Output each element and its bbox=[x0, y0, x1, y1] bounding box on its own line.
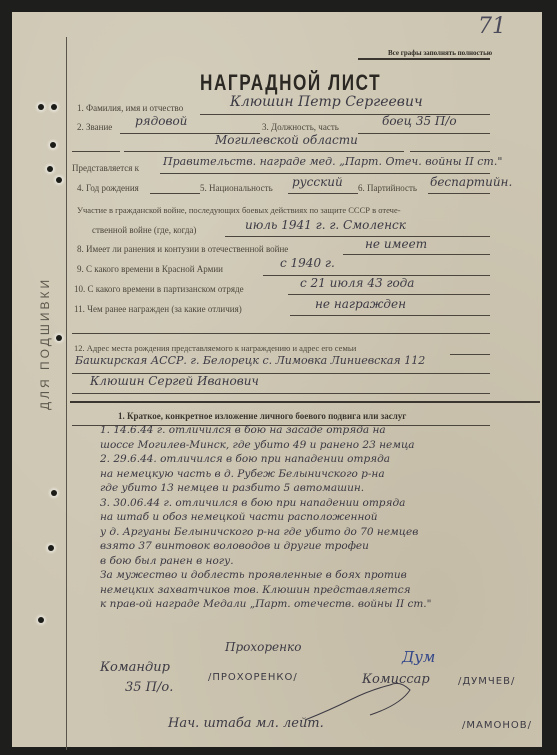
commissar-name: /ДУМЧЕВ/ bbox=[458, 676, 515, 687]
punch-hole bbox=[38, 104, 44, 110]
field-8-label: 8. Имеет ли ранения и контузии в отечест… bbox=[77, 244, 288, 254]
punch-hole bbox=[56, 335, 62, 341]
commander-unit: 35 П/о. bbox=[125, 680, 173, 695]
merit-line: в бою был ранен в ногу. bbox=[100, 554, 540, 569]
field-10-line bbox=[288, 294, 490, 295]
field-3-value: боец 35 П/о bbox=[382, 114, 457, 128]
merit-line: шоссе Могилев-Минск, где убито 49 и ране… bbox=[100, 438, 540, 453]
field-6-line bbox=[428, 193, 490, 194]
field-3-line bbox=[358, 133, 490, 134]
field-5-label: 5. Национальность bbox=[200, 183, 273, 193]
section-heading: 1. Краткое, конкретное изложение личного… bbox=[118, 411, 406, 421]
punch-hole bbox=[48, 545, 54, 551]
punch-hole bbox=[47, 166, 53, 172]
field-11-label: 11. Чем ранее награжден (за какие отличи… bbox=[74, 304, 242, 314]
commander-title: Командир bbox=[100, 660, 170, 675]
field-12-value-line2: Клюшин Сергей Иванович bbox=[90, 374, 259, 388]
commissar-signature: Дум bbox=[402, 648, 435, 666]
field-3-cont-line-a bbox=[72, 151, 120, 152]
field-12-line-3 bbox=[72, 393, 490, 394]
document-title: НАГРАДНОЙ ЛИСТ bbox=[200, 70, 381, 96]
field-9-label: 9. С какого времени в Красной Армии bbox=[77, 264, 223, 274]
merit-line: у д. Аргуаны Белыничского р-на где убито… bbox=[100, 525, 540, 540]
field-10-label: 10. С какого времени в партизанском отря… bbox=[74, 284, 244, 294]
merit-line: 3. 30.06.44 г. отличился в бою при напад… bbox=[100, 496, 540, 511]
field-3-value-cont: Могилевской области bbox=[215, 133, 358, 147]
punch-hole bbox=[38, 617, 44, 623]
signature-scribble bbox=[300, 670, 420, 730]
field-7-line bbox=[225, 236, 490, 237]
field-4-line bbox=[150, 193, 200, 194]
field-10-value: с 21 июля 43 года bbox=[300, 276, 414, 290]
field-7-label-line1: Участие в гражданской войне, последующих… bbox=[77, 205, 401, 215]
field-2-label: 2. Звание bbox=[77, 122, 112, 132]
field-6-label: 6. Партийность bbox=[358, 183, 417, 193]
binding-margin-label: ДЛЯ ПОДШИВКИ bbox=[38, 277, 52, 410]
field-7-value: июль 1941 г. г. Смоленск bbox=[245, 218, 406, 232]
field-1-value: Клюшин Петр Сергеевич bbox=[230, 94, 423, 110]
field-11-cont-line bbox=[72, 333, 490, 334]
punch-hole bbox=[50, 142, 56, 148]
field-3-cont-line-c bbox=[410, 151, 490, 152]
page-number: 71 bbox=[478, 14, 506, 39]
field-11-line bbox=[290, 315, 490, 316]
merit-line: 2. 29.6.44. отличился в бою при нападени… bbox=[100, 452, 540, 467]
merit-line: на немецкую часть в д. Рубеж Белыничског… bbox=[100, 467, 540, 482]
presented-value: Правительств. награде мед. „Парт. Отеч. … bbox=[163, 155, 502, 168]
punch-hole bbox=[56, 177, 62, 183]
field-1-label: 1. Фамилия, имя и отчество bbox=[77, 103, 183, 113]
field-2-value: рядовой bbox=[135, 114, 187, 128]
field-12-line bbox=[450, 354, 490, 355]
merit-line: к прав-ой награде Медали „Парт. отечеств… bbox=[100, 597, 540, 612]
field-8-value: не имеет bbox=[365, 237, 427, 251]
punch-hole bbox=[51, 490, 57, 496]
commander-signature: Прохоренко bbox=[225, 640, 301, 654]
field-6-value: беспартийн. bbox=[430, 175, 512, 189]
field-12-label: 12. Адрес места рождения представляемого… bbox=[74, 343, 356, 353]
chief-of-staff-name: /МАМОНОВ/ bbox=[462, 720, 532, 731]
merit-line: на штаб и обоз немецкой части расположен… bbox=[100, 510, 540, 525]
field-3-label: 3. Должность, часть bbox=[262, 122, 339, 132]
punch-hole bbox=[51, 104, 57, 110]
field-3-cont-line-b bbox=[124, 151, 404, 152]
merit-line: взято 37 винтовок воловодов и другие тро… bbox=[100, 539, 540, 554]
field-7-label-line2: ственной войне (где, когда) bbox=[92, 225, 196, 235]
commander-name: /ПРОХОРЕНКО/ bbox=[208, 672, 298, 683]
presented-line bbox=[160, 173, 490, 174]
top-note-underline bbox=[358, 58, 490, 60]
field-9-value: с 1940 г. bbox=[280, 256, 335, 270]
field-4-label: 4. Год рождения bbox=[77, 183, 139, 193]
merit-description: 1. 14.6.44 г. отличился в бою на засаде … bbox=[100, 423, 540, 612]
field-5-value: русский bbox=[292, 175, 343, 189]
merit-line: 1. 14.6.44 г. отличился в бою на засаде … bbox=[100, 423, 540, 438]
field-11-value: не награжден bbox=[315, 297, 406, 311]
merit-line: где убито 13 немцев и разбито 5 автомаши… bbox=[100, 481, 540, 496]
merit-line: немецких захватчиков тов. Клюшин предста… bbox=[100, 583, 540, 598]
merit-line: За мужество и доблесть проявленные в боя… bbox=[100, 568, 540, 583]
field-8-line bbox=[343, 254, 490, 255]
top-note: Все графы заполнять полностью bbox=[388, 49, 492, 57]
binding-margin-line bbox=[66, 37, 67, 750]
section-divider bbox=[70, 401, 540, 403]
presented-label: Представляется к bbox=[72, 163, 139, 173]
field-12-value-line1: Башкирская АССР. г. Белорецк с. Лимовка … bbox=[75, 354, 425, 367]
field-5-line bbox=[288, 193, 358, 194]
